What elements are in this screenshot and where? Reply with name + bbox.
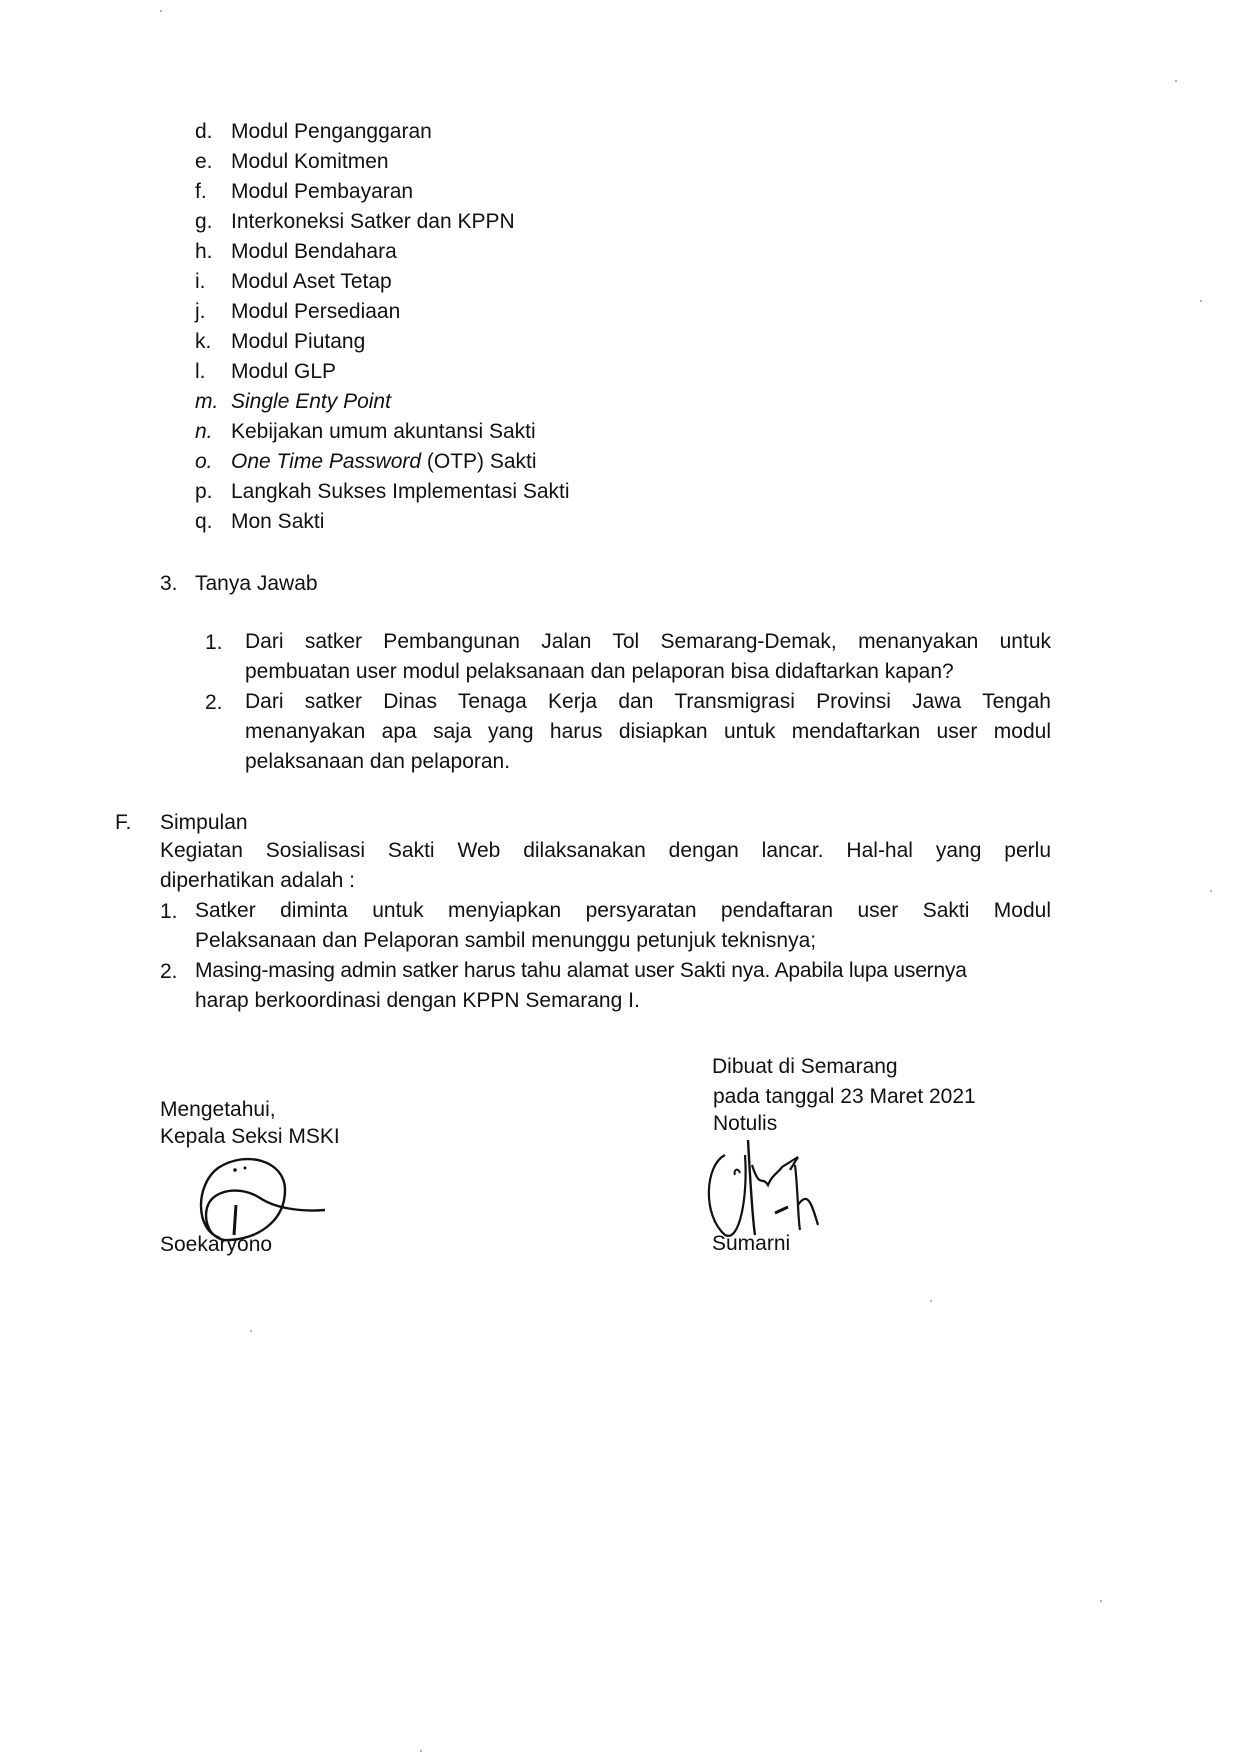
list-text: Langkah Sukses Implementasi Sakti (231, 478, 570, 505)
list-text: One Time Password (OTP) Sakti (231, 448, 537, 475)
list-text: Modul Aset Tetap (231, 268, 392, 295)
list-text: Modul Bendahara (231, 238, 397, 265)
list-marker: f. (195, 178, 207, 205)
question-line: pembuatan user modul pelaksanaan dan pel… (245, 657, 1051, 687)
acknowledged-label: Mengetahui, (160, 1096, 276, 1123)
scan-speck (1210, 890, 1212, 892)
simpulan-item-marker: 1. (160, 898, 178, 925)
list-text: Kebijakan umum akuntansi Sakti (231, 418, 536, 445)
scan-speck (1100, 1600, 1102, 1602)
simpulan-item-marker: 2. (160, 958, 178, 985)
signer-name: Soekaryono (160, 1231, 272, 1258)
list-text: Modul GLP (231, 358, 336, 385)
list-marker: h. (195, 238, 213, 265)
list-marker: m. (195, 388, 218, 415)
list-text: Modul Komitmen (231, 148, 389, 175)
list-marker: o. (195, 448, 213, 475)
simpulan-marker: F. (115, 809, 131, 836)
signer-name: Sumarni (712, 1230, 790, 1257)
list-marker: d. (195, 118, 213, 145)
list-text: Modul Pembayaran (231, 178, 413, 205)
simpulan-item-line: Satker diminta untuk menyiapkan persyara… (195, 896, 1051, 926)
scan-speck (160, 10, 162, 12)
tanya-jawab-title: Tanya Jawab (195, 570, 318, 597)
list-marker: p. (195, 478, 213, 505)
question-marker: 2. (205, 689, 223, 716)
simpulan-title: Simpulan (160, 809, 248, 836)
list-text: Modul Persediaan (231, 298, 400, 325)
date-label: pada tanggal 23 Maret 2021 (713, 1083, 976, 1110)
list-marker: q. (195, 508, 213, 535)
question-line: menanyakan apa saja yang harus disiapkan… (245, 717, 1051, 747)
question-line: Dari satker Dinas Tenaga Kerja dan Trans… (245, 687, 1051, 717)
list-marker: i. (195, 268, 206, 295)
scan-speck (420, 1750, 422, 1752)
simpulan-intro-line: Kegiatan Sosialisasi Sakti Web dilaksana… (160, 836, 1051, 866)
scan-speck (1175, 80, 1177, 82)
question-marker: 1. (205, 629, 223, 656)
list-marker: l. (195, 358, 206, 385)
list-text: Single Enty Point (231, 388, 391, 415)
list-text: Modul Penganggaran (231, 118, 432, 145)
signature-right-mark (700, 1135, 860, 1245)
scan-speck (1200, 300, 1202, 302)
question-line: Dari satker Pembangunan Jalan Tol Semara… (245, 627, 1051, 657)
scan-speck (930, 1300, 932, 1302)
scan-speck (250, 1330, 252, 1332)
simpulan-item-line: harap berkoordinasi dengan KPPN Semarang… (195, 986, 1051, 1016)
list-marker: e. (195, 148, 213, 175)
list-marker: n. (195, 418, 213, 445)
role-label: Notulis (713, 1110, 777, 1137)
list-text: Mon Sakti (231, 508, 324, 535)
list-marker: j. (195, 298, 206, 325)
simpulan-item-line: Pelaksanaan dan Pelaporan sambil menungg… (195, 926, 1051, 956)
list-marker: g. (195, 208, 213, 235)
list-text: Interkoneksi Satker dan KPPN (231, 208, 515, 235)
simpulan-intro-line: diperhatikan adalah : (160, 866, 1051, 896)
simpulan-item-line: Masing-masing admin satker harus tahu al… (195, 956, 1075, 986)
signer-position: Kepala Seksi MSKI (160, 1123, 340, 1150)
tanya-jawab-marker: 3. (160, 570, 178, 597)
place-label: Dibuat di Semarang (712, 1053, 898, 1080)
question-line: pelaksanaan dan pelaporan. (245, 747, 1051, 777)
list-marker: k. (195, 328, 211, 355)
list-text: Modul Piutang (231, 328, 365, 355)
